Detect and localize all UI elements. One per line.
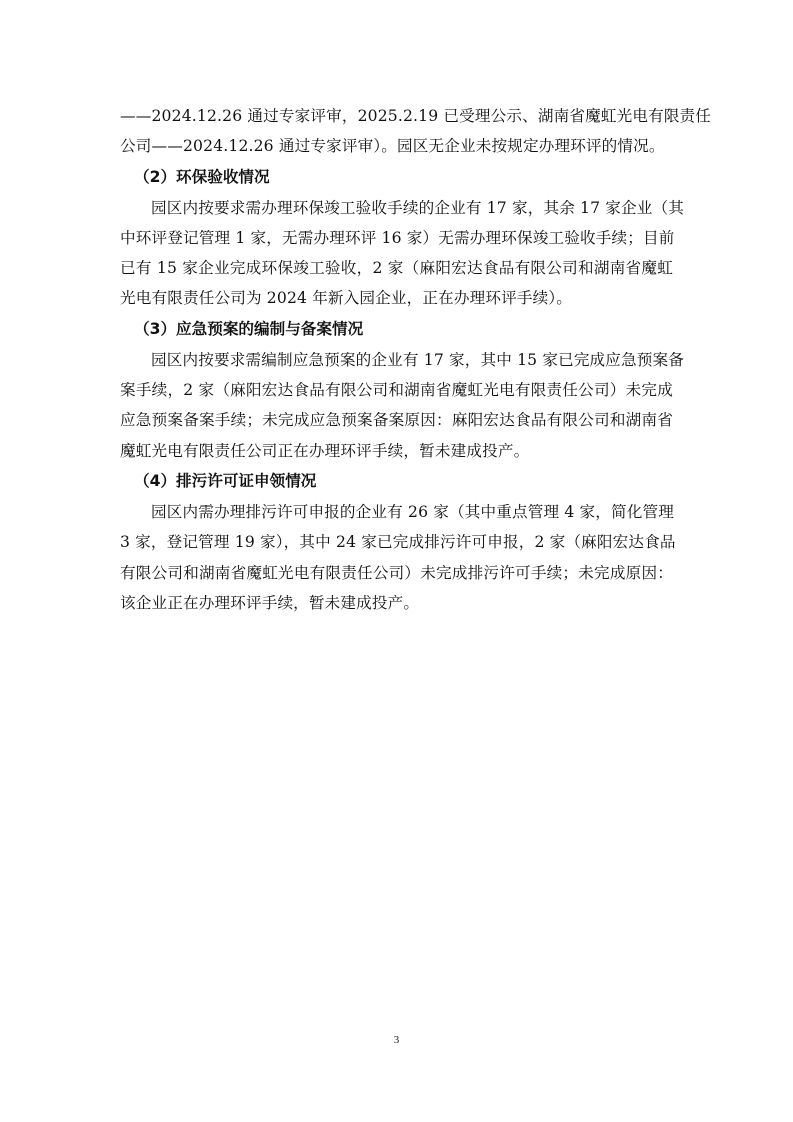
text-line: 公司——2024.12.26 通过专家评审）。园区无企业未按规定办理环评的情况。: [120, 131, 673, 161]
text-line: 光电有限责任公司为 2024 年新入园企业，正在办理环评手续）。: [120, 283, 673, 313]
text-line: ——2024.12.26 通过专家评审，2025.2.19 已受理公示、湖南省魔…: [120, 101, 673, 131]
text-line: 中环评登记管理 1 家，无需办理环评 16 家）无需办理环保竣工验收手续；目前: [120, 223, 673, 253]
section-heading-discharge-permit: （4）排污许可证申领情况: [120, 466, 673, 497]
text-line: 该企业正在办理环评手续，暂未建成投产。: [120, 588, 673, 618]
text-line: 魔虹光电有限责任公司正在办理环评手续，暂未建成投产。: [120, 436, 673, 466]
text-line: 案手续，2 家（麻阳宏达食品有限公司和湖南省魔虹光电有限责任公司）未完成: [120, 375, 673, 405]
page-content: ——2024.12.26 通过专家评审，2025.2.19 已受理公示、湖南省魔…: [120, 101, 673, 618]
page-number: 3: [0, 1034, 793, 1046]
text-line: 3 家，登记管理 19 家），其中 24 家已完成排污许可申报，2 家（麻阳宏达…: [120, 527, 673, 557]
section-paragraph-acceptance: 园区内按要求需办理环保竣工验收手续的企业有 17 家，其余 17 家企业（其 中…: [120, 193, 673, 314]
text-line: 有限公司和湖南省魔虹光电有限责任公司）未完成排污许可手续；未完成原因：: [120, 558, 673, 588]
text-line: 应急预案备案手续；未完成应急预案备案原因：麻阳宏达食品有限公司和湖南省: [120, 405, 673, 435]
text-line: 园区内按要求需办理环保竣工验收手续的企业有 17 家，其余 17 家企业（其: [120, 193, 673, 223]
section-heading-acceptance: （2）环保验收情况: [120, 162, 673, 193]
text-line: 园区内按要求需编制应急预案的企业有 17 家，其中 15 家已完成应急预案备: [120, 345, 673, 375]
document-page: ——2024.12.26 通过专家评审，2025.2.19 已受理公示、湖南省魔…: [0, 0, 793, 1122]
continuation-paragraph: ——2024.12.26 通过专家评审，2025.2.19 已受理公示、湖南省魔…: [120, 101, 673, 162]
section-paragraph-emergency-plan: 园区内按要求需编制应急预案的企业有 17 家，其中 15 家已完成应急预案备 案…: [120, 345, 673, 466]
section-paragraph-discharge-permit: 园区内需办理排污许可申报的企业有 26 家（其中重点管理 4 家，简化管理 3 …: [120, 497, 673, 618]
text-line: 园区内需办理排污许可申报的企业有 26 家（其中重点管理 4 家，简化管理: [120, 497, 673, 527]
section-heading-emergency-plan: （3）应急预案的编制与备案情况: [120, 314, 673, 345]
text-line: 已有 15 家企业完成环保竣工验收，2 家（麻阳宏达食品有限公司和湖南省魔虹: [120, 253, 673, 283]
